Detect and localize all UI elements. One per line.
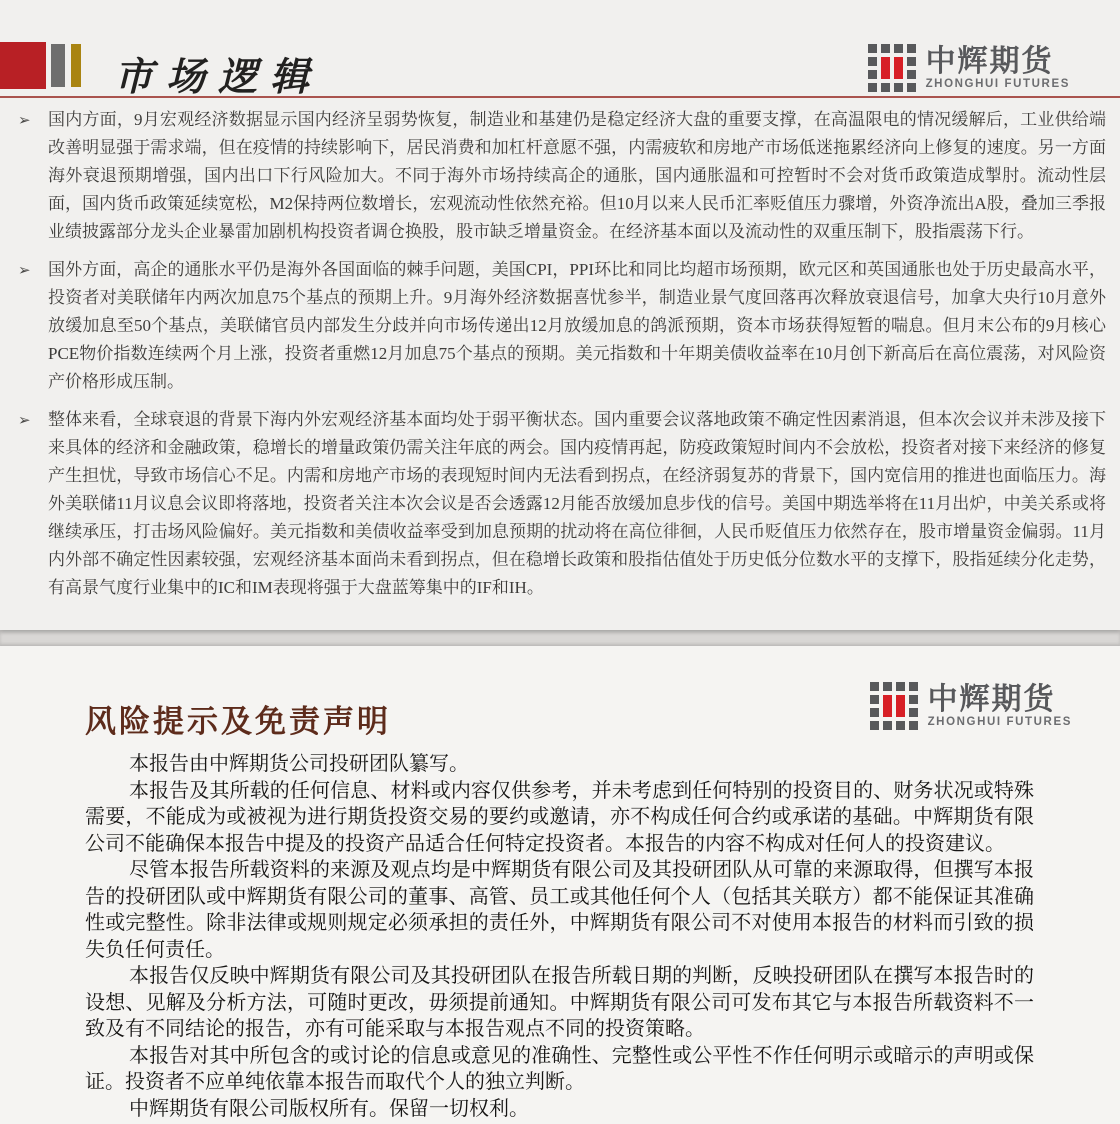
paragraph-text: 国外方面，高企的通胀水平仍是海外各国面临的棘手问题，美国CPI，PPI环比和同比… bbox=[48, 256, 1106, 396]
logo-text: 中辉期货 ZHONGHUI FUTURES bbox=[928, 684, 1072, 729]
bullet-paragraph-overall: ➢ 整体来看，全球衰退的背景下海内外宏观经济基本面均处于弱平衡状态。国内重要会议… bbox=[18, 406, 1106, 602]
logo-text: 中辉期货 ZHONGHUI FUTURES bbox=[926, 46, 1070, 91]
arrow-bullet-icon: ➢ bbox=[18, 406, 48, 602]
bullet-paragraph-domestic: ➢ 国内方面，9月宏观经济数据显示国内经济呈弱势恢复，制造业和基建仍是稳定经济大… bbox=[18, 106, 1106, 246]
header-accent-blocks bbox=[0, 42, 81, 89]
logo-name-en: ZHONGHUI FUTURES bbox=[928, 716, 1072, 728]
zhonghui-logo: 中辉期货 ZHONGHUI FUTURES bbox=[870, 682, 1072, 730]
accent-gray-bar bbox=[51, 44, 65, 87]
paragraph-text: 整体来看，全球衰退的背景下海内外宏观经济基本面均处于弱平衡状态。国内重要会议落地… bbox=[48, 406, 1106, 602]
slide-gap bbox=[0, 630, 1120, 646]
paragraph-text: 国内方面，9月宏观经济数据显示国内经济呈弱势恢复，制造业和基建仍是稳定经济大盘的… bbox=[48, 106, 1106, 246]
disclaimer-slide: 风险提示及免责声明 中辉期货 ZHONGHUI FUTURES 本报告由中辉期货… bbox=[0, 646, 1120, 1124]
header-divider-line bbox=[0, 96, 1120, 98]
disclaimer-paragraph: 本报告仅反映中辉期货有限公司及其投研团队在报告所载日期的判断，反映投研团队在撰写… bbox=[85, 963, 1034, 1043]
disclaimer-paragraph: 尽管本报告所载资料的来源及观点均是中辉期货有限公司及其投研团队从可靠的来源取得，… bbox=[85, 857, 1034, 963]
slide1-header: 市场逻辑 中辉期货 ZHONGHUI FUTURES bbox=[0, 0, 1120, 98]
logo-name-en: ZHONGHUI FUTURES bbox=[926, 78, 1070, 90]
market-logic-points: ➢ 国内方面，9月宏观经济数据显示国内经济呈弱势恢复，制造业和基建仍是稳定经济大… bbox=[0, 98, 1120, 602]
logo-name-cn: 中辉期货 bbox=[928, 684, 1072, 716]
arrow-bullet-icon: ➢ bbox=[18, 256, 48, 396]
disclaimer-paragraph: 中辉期货有限公司版权所有。保留一切权利。 bbox=[85, 1096, 1034, 1123]
report-page: 市场逻辑 中辉期货 ZHONGHUI FUTURES ➢ 国内方面，9月宏观经济… bbox=[0, 0, 1120, 1124]
arrow-bullet-icon: ➢ bbox=[18, 106, 48, 246]
logo-grid-icon bbox=[868, 44, 916, 92]
disclaimer-paragraph: 本报告由中辉期货公司投研团队纂写。 bbox=[85, 751, 1034, 778]
disclaimer-paragraph: 本报告及其所载的任何信息、材料或内容仅供参考，并未考虑到任何特别的投资目的、财务… bbox=[85, 778, 1034, 858]
slide2-header: 风险提示及免责声明 中辉期货 ZHONGHUI FUTURES bbox=[0, 646, 1120, 741]
bullet-paragraph-overseas: ➢ 国外方面，高企的通胀水平仍是海外各国面临的棘手问题，美国CPI，PPI环比和… bbox=[18, 256, 1106, 396]
disclaimer-paragraph: 本报告对其中所包含的或讨论的信息或意见的准确性、完整性或公平性不作任何明示或暗示… bbox=[85, 1043, 1034, 1096]
disclaimer-title: 风险提示及免责声明 bbox=[85, 696, 391, 741]
page-title: 市场逻辑 bbox=[114, 46, 322, 102]
disclaimer-body: 本报告由中辉期货公司投研团队纂写。 本报告及其所载的任何信息、材料或内容仅供参考… bbox=[0, 741, 1120, 1122]
zhonghui-logo: 中辉期货 ZHONGHUI FUTURES bbox=[868, 44, 1070, 92]
market-logic-slide: 市场逻辑 中辉期货 ZHONGHUI FUTURES ➢ 国内方面，9月宏观经济… bbox=[0, 0, 1120, 630]
accent-red-block bbox=[0, 42, 46, 89]
logo-name-cn: 中辉期货 bbox=[926, 46, 1070, 78]
accent-gold-bar bbox=[71, 44, 81, 87]
logo-grid-icon bbox=[870, 682, 918, 730]
